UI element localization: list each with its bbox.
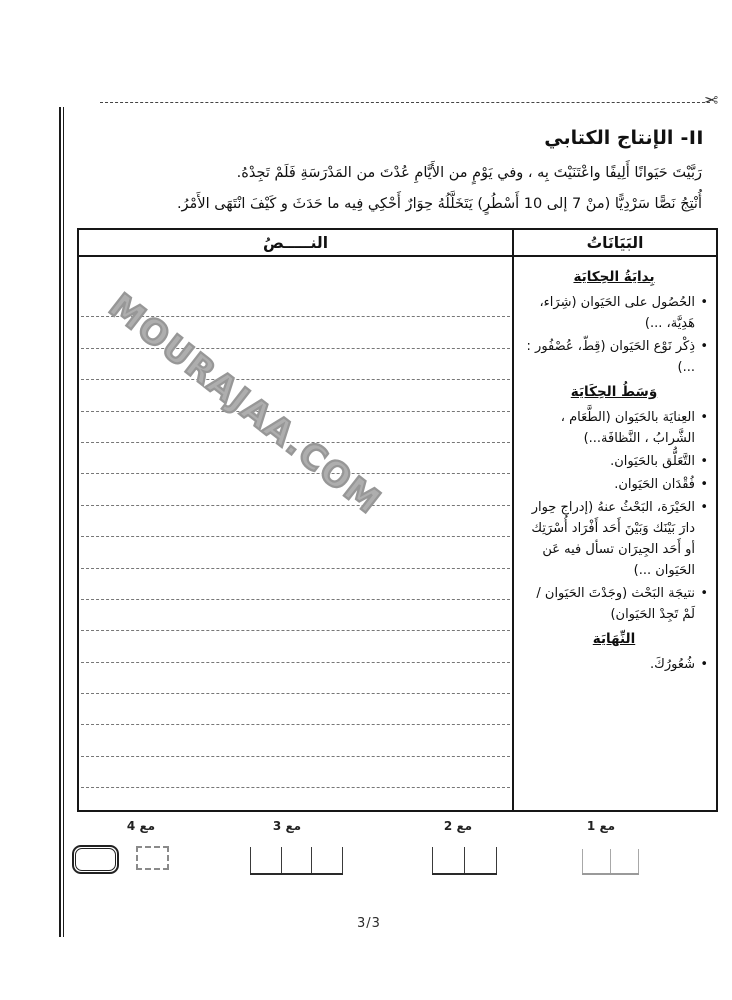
page-number: 3/3 (357, 916, 381, 931)
bullet-icon: • (695, 654, 708, 675)
writing-line[interactable] (81, 380, 510, 411)
score-cell[interactable] (250, 847, 281, 873)
criterion-4-score-box[interactable] (136, 846, 169, 870)
criterion-label-1: مع 1 (587, 819, 615, 833)
writing-line[interactable] (81, 631, 510, 662)
writing-line[interactable] (81, 537, 510, 568)
criterion-2-score-grid[interactable] (432, 847, 497, 875)
score-cell[interactable] (281, 847, 312, 873)
instruction-line: أُنْتِجُ نَصًّا سَرْدِيًّا (منْ 7 إلى 10… (127, 189, 702, 220)
outline-list: بِدايَةُ الحِكايَة•الحُصُول على الحَيَوا… (514, 257, 716, 677)
bullet-icon: • (695, 336, 708, 378)
writing-line[interactable] (81, 663, 510, 694)
writing-line[interactable] (81, 569, 510, 600)
scissors-icon: ✂ (704, 91, 718, 111)
bullet-icon: • (695, 407, 708, 449)
total-score-box-inner (75, 848, 116, 871)
data-column: البَيَانَاتُ بِدايَةُ الحِكايَة•الحُصُول… (512, 230, 716, 810)
criterion-label-2: مع 2 (444, 819, 472, 833)
data-column-header: البَيَانَاتُ (514, 230, 716, 257)
scanned-exam-page: ✂ II- الإنتاج الكتابي رَبَّيْتَ حَيَوانً… (0, 0, 732, 1000)
bullet-icon: • (695, 474, 708, 495)
exercise-instructions: رَبَّيْتَ حَيَوانًا أَلِيفًا واعْتَنَيْت… (127, 158, 702, 220)
outline-bullet-item: •فُقْدَان الحَيَوان. (520, 474, 708, 495)
writing-table: البَيَانَاتُ بِدايَةُ الحِكايَة•الحُصُول… (77, 228, 718, 812)
bullet-icon: • (695, 292, 708, 334)
outline-bullet-item: •شُعُورُكَ. (520, 654, 708, 675)
score-cell[interactable] (610, 849, 639, 873)
outline-bullet-item: •نتيجَة البَحْث (وجَدْتَ الحَيَوان / لَم… (520, 583, 708, 625)
criterion-1-score-grid[interactable] (582, 849, 639, 875)
outline-heading: وَسَطُ الحِكَايَة (520, 382, 708, 404)
writing-line[interactable] (81, 474, 510, 505)
outline-bullet-text: الحُصُول على الحَيَوان (شِرَاء، هَدِيَّة… (520, 292, 695, 334)
writing-line[interactable] (81, 349, 510, 380)
outline-bullet-text: ذِكْر نَوْع الحَيَوان (قِطّ، عُصْفُور : … (520, 336, 695, 378)
bullet-icon: • (695, 583, 708, 625)
writing-line[interactable] (81, 757, 510, 788)
outline-bullet-text: الحَيْرَة، البَحْثُ عنهُ (إدراج حِوار دا… (520, 497, 695, 581)
criterion-label-4: مع 4 (127, 819, 155, 833)
score-cell[interactable] (464, 847, 497, 873)
outline-heading: النِّهَايَة (520, 629, 708, 651)
outline-bullet-text: شُعُورُكَ. (520, 654, 695, 675)
criterion-label-3: مع 3 (273, 819, 301, 833)
outline-bullet-item: •التَّعَلُّق بالحَيَوان. (520, 451, 708, 472)
score-cell[interactable] (582, 849, 610, 873)
cut-line (100, 102, 710, 103)
writing-line[interactable] (81, 600, 510, 631)
outline-bullet-item: •الحُصُول على الحَيَوان (شِرَاء، هَدِيَّ… (520, 292, 708, 334)
outline-heading: بِدايَةُ الحِكايَة (520, 267, 708, 289)
instruction-line: رَبَّيْتَ حَيَوانًا أَلِيفًا واعْتَنَيْت… (127, 158, 702, 189)
outline-bullet-item: •العِنايَة بالحَيَوان (الطَّعَام ، الشَّ… (520, 407, 708, 449)
bullet-icon: • (695, 451, 708, 472)
writing-line[interactable] (81, 725, 510, 756)
total-score-box[interactable] (72, 845, 119, 874)
text-column-header: النـــــصُ (79, 230, 512, 257)
outline-bullet-text: فُقْدَان الحَيَوان. (520, 474, 695, 495)
bullet-icon: • (695, 497, 708, 581)
score-cell[interactable] (432, 847, 464, 873)
outline-bullet-text: العِنايَة بالحَيَوان (الطَّعَام ، الشَّر… (520, 407, 695, 449)
outline-bullet-item: •الحَيْرَة، البَحْثُ عنهُ (إدراج حِوار د… (520, 497, 708, 581)
section-title: II- الإنتاج الكتابي (544, 127, 704, 149)
outline-bullet-text: نتيجَة البَحْث (وجَدْتَ الحَيَوان / لَمْ… (520, 583, 695, 625)
outline-bullet-item: •ذِكْر نَوْع الحَيَوان (قِطّ، عُصْفُور :… (520, 336, 708, 378)
criterion-3-score-grid[interactable] (250, 847, 343, 875)
writing-line[interactable] (81, 506, 510, 537)
writing-line[interactable] (81, 694, 510, 725)
page-binding-edge (59, 107, 64, 937)
outline-bullet-text: التَّعَلُّق بالحَيَوان. (520, 451, 695, 472)
score-cell[interactable] (311, 847, 343, 873)
